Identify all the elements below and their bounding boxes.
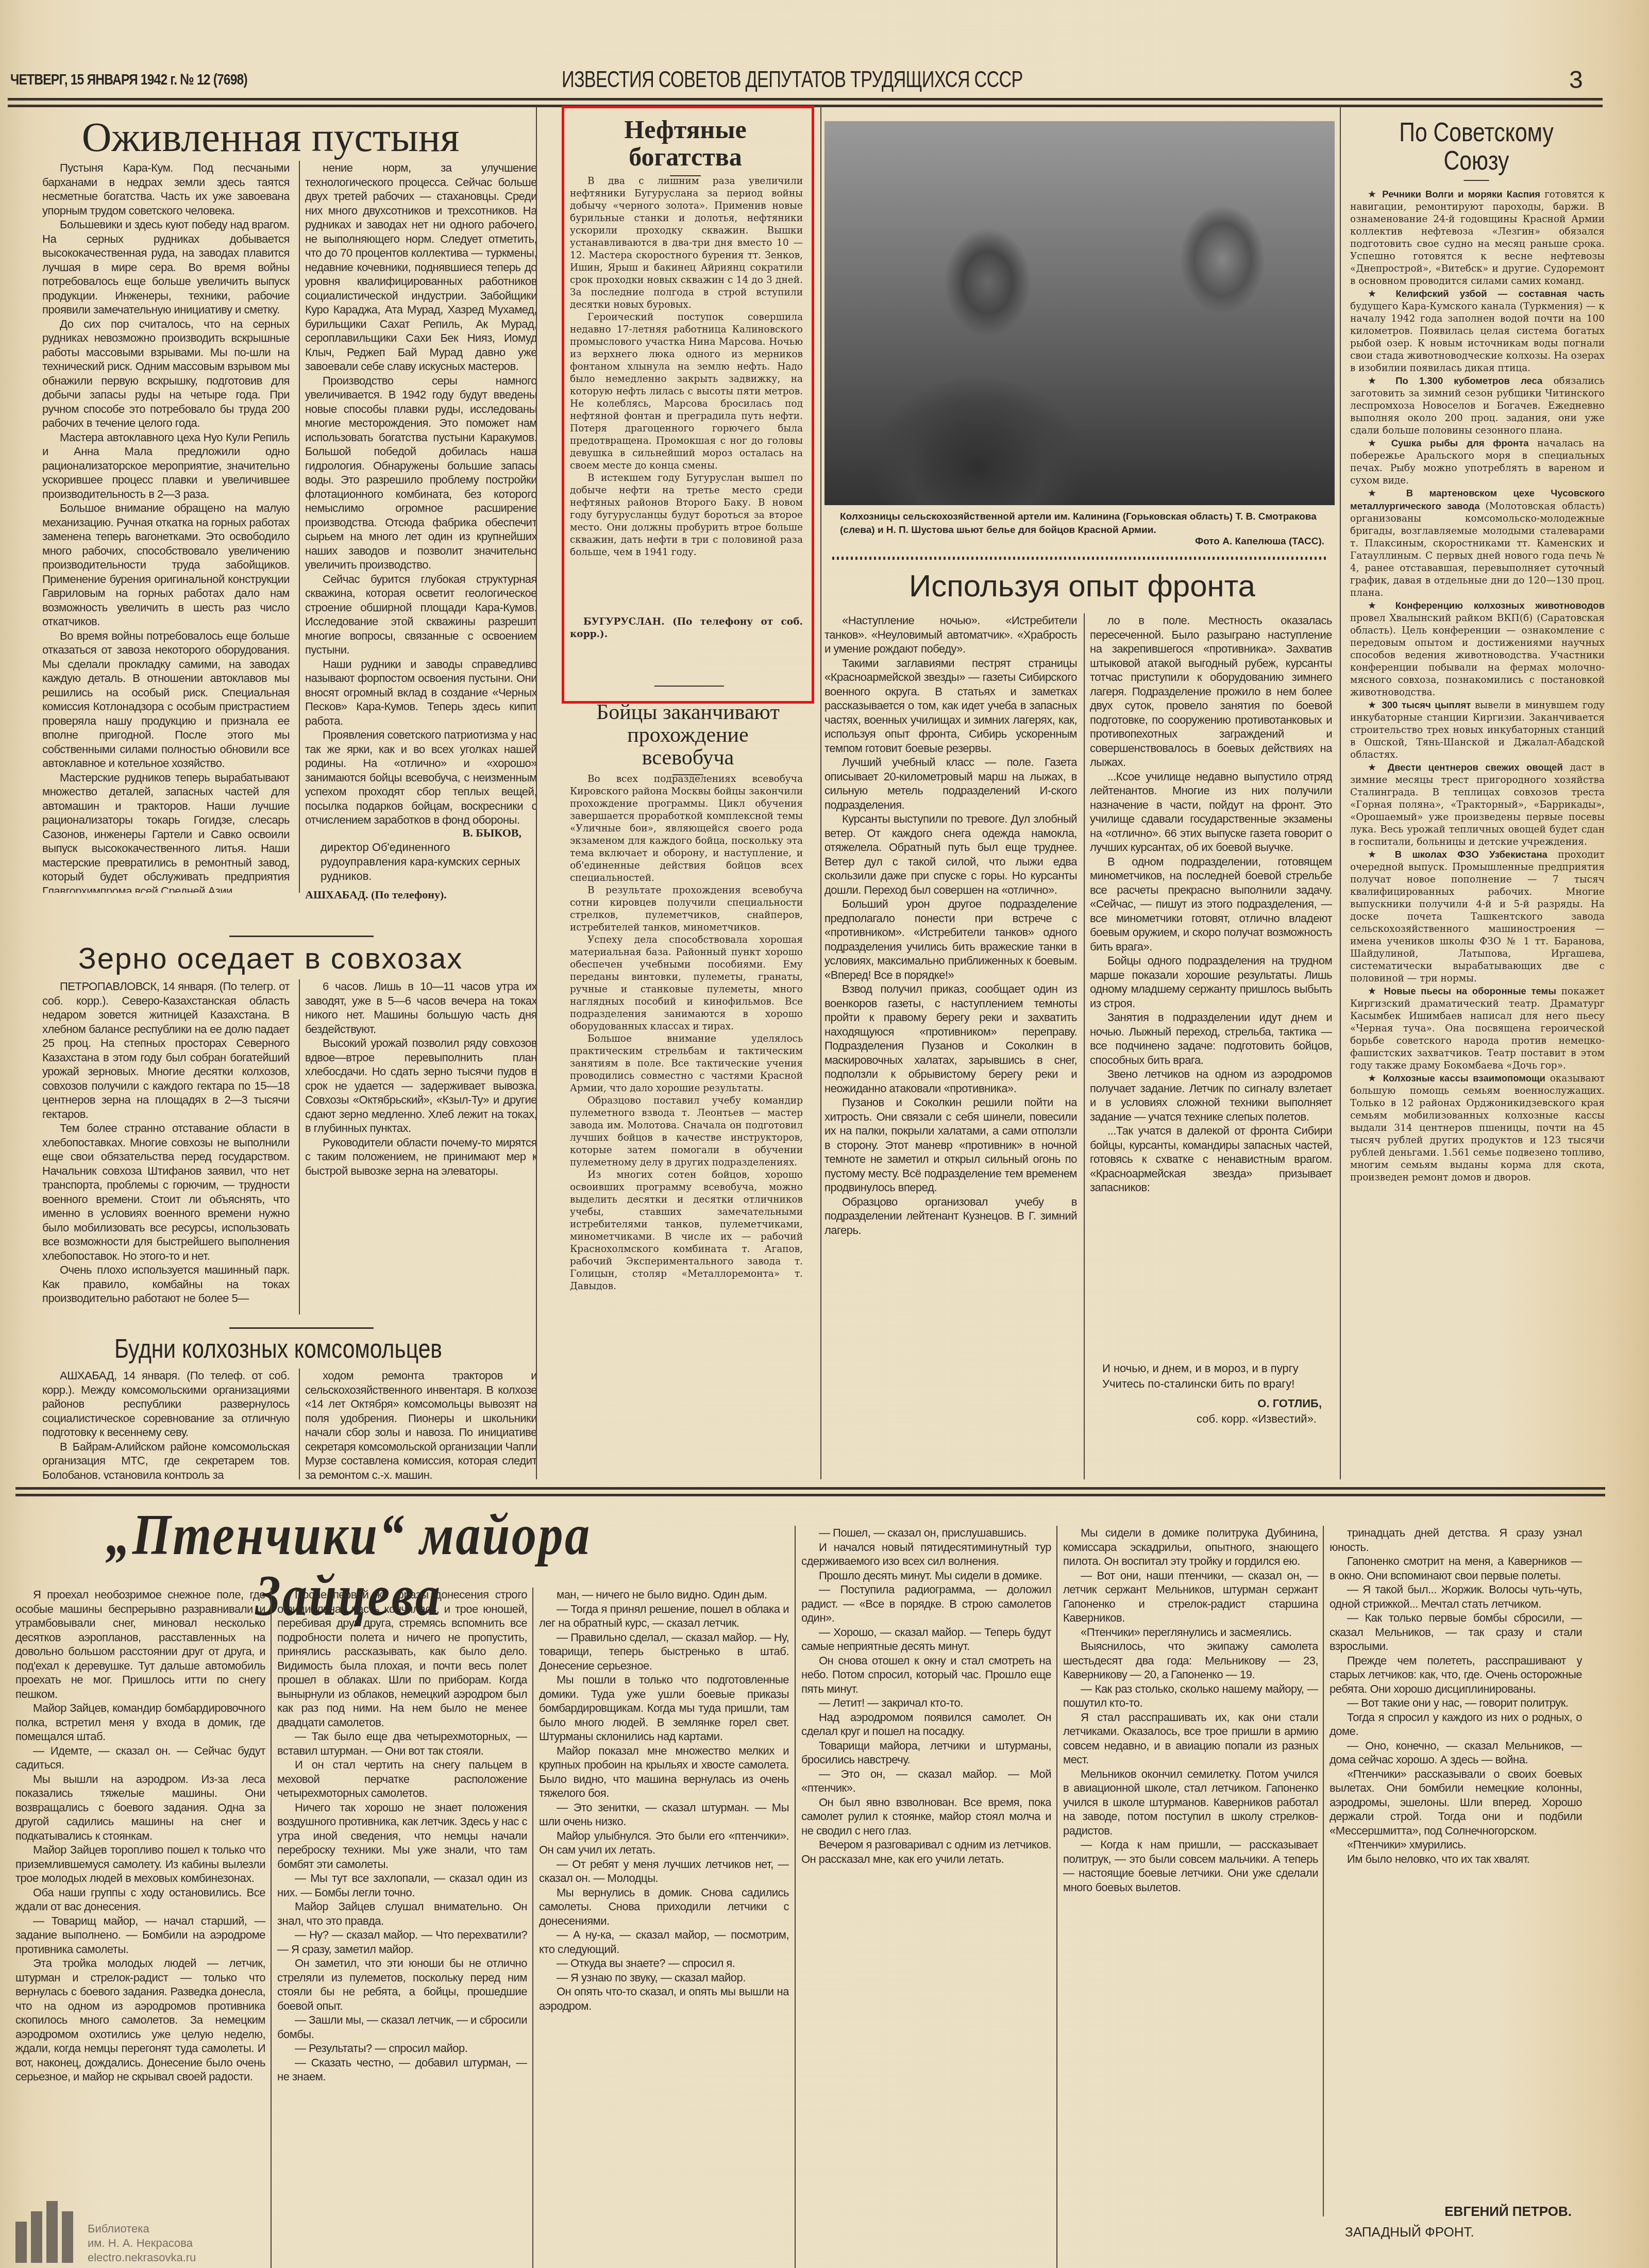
star-icon: ★ xyxy=(1368,488,1406,499)
paragraph: — Откуда вы знаете? — спросил я. xyxy=(539,1956,789,1971)
news-item-lead: Келифский узбой — составная часть xyxy=(1395,288,1605,299)
paragraph: Успеху дела способствовала хорошая матер… xyxy=(570,934,803,1033)
news-item: ★ Келифский узбой — составная часть буду… xyxy=(1350,288,1605,375)
title-rule xyxy=(1463,180,1489,181)
news-item-text: проходит очередной выпуск. Промышленные … xyxy=(1350,849,1605,984)
headline-vsevobuch-line3: всевобуча xyxy=(642,746,734,770)
paragraph: Героический поступок совершила недавно 1… xyxy=(570,311,803,472)
paragraph: — Так было еще два четырехмоторных, — вс… xyxy=(277,1729,527,1758)
article-front-col2: ло в поле. Местность оказалась пересечен… xyxy=(1090,613,1332,1358)
paragraph: — Вот такие они у нас, — говорит политру… xyxy=(1330,1696,1582,1710)
news-item-lead: В школах ФЗО Узбекистана xyxy=(1395,849,1558,860)
paragraph: Взвод получил приказ, сообщает один из в… xyxy=(824,982,1077,1095)
author-role: соб. корр. «Известий». xyxy=(1090,1411,1332,1427)
headline-soviet-union: По Советскому Союзу xyxy=(1369,119,1584,181)
paragraph: Такими заглавиями пестрят страницы «Крас… xyxy=(824,656,1077,756)
article-chicks-col4: — Пошел, — сказал он, прислушавшись.И на… xyxy=(801,1526,1051,2268)
paragraph: — Сказать честно, — добавил штурман, — н… xyxy=(277,2056,527,2084)
paragraph: Вечером я разговаривал с одним из летчик… xyxy=(801,1838,1051,1866)
paper-title: ИЗВЕСТИЯ СОВЕТОВ ДЕПУТАТОВ ТРУДЯЩИХСЯ СС… xyxy=(562,67,1023,93)
paragraph: Он опять что-то сказал, и опять мы вышли… xyxy=(539,1985,789,2013)
logo-bar-icon xyxy=(31,2211,42,2263)
news-item-lead: Речники Волги и моряки Каспия xyxy=(1382,189,1544,199)
star-icon: ★ xyxy=(1368,601,1395,611)
star-icon: ★ xyxy=(1368,762,1388,773)
news-item-lead: Колхозные кассы взаимопомощи xyxy=(1383,1073,1550,1083)
paragraph: «Птенчики» рассказывали о своих боевых в… xyxy=(1330,1767,1582,1838)
article-chicks-col2: После первой же фразы донесения строго о… xyxy=(277,1588,527,2268)
column-divider xyxy=(795,1526,796,2268)
news-item-text: оказывают большую помощь семьям военносл… xyxy=(1350,1073,1605,1183)
logo-bar-icon xyxy=(62,2211,73,2263)
desert-signature-block: В. БЫКОВ, директор Об'единенного рудоупр… xyxy=(305,826,532,902)
headline-vsevobuch: Бойцы заканчивают прохождение всевобуча xyxy=(562,701,814,775)
paragraph: нение норм, за улучшение технологическог… xyxy=(305,161,537,374)
news-item-text: провел Хвалынский райком ВКП(б) (Саратов… xyxy=(1350,613,1605,698)
paragraph: Мы вернулись в домик. Снова садились сам… xyxy=(539,1886,789,1928)
watermark-line1: Библиотека xyxy=(88,2222,196,2236)
author-signature: ЕВГЕНИЙ ПЕТРОВ. xyxy=(1330,2201,1582,2222)
paragraph: Он снова отошел к окну и стал смотреть н… xyxy=(801,1654,1051,1696)
paragraph: Он был явно взволнован. Все время, пока … xyxy=(801,1795,1051,1838)
separator xyxy=(229,1327,374,1329)
news-item: ★ Речники Волги и моряки Каспия готовятс… xyxy=(1350,188,1605,288)
article-chicks-col1: Я проехал необозримое снежное поле, где … xyxy=(15,1588,265,2175)
paragraph: — А ну-ка, — сказал майор, — посмотрим, … xyxy=(539,1928,789,1956)
paragraph: Во время войны потребовалось еще больше … xyxy=(42,629,290,771)
paragraph: — Как только первые бомбы сбросили, — ск… xyxy=(1330,1611,1582,1654)
dateline: АШХАБАД. (По телефону). xyxy=(305,888,532,902)
news-item: ★ В школах ФЗО Узбекистана проходит очер… xyxy=(1350,848,1605,985)
paragraph: «Птенчики» переглянулись и засмеялись. xyxy=(1063,1625,1318,1640)
paragraph: Над аэродромом появился самолет. Он сдел… xyxy=(801,1710,1051,1739)
news-item: ★ Новые пьесы на оборонные темы покажет … xyxy=(1350,985,1605,1072)
paragraph: — Хорошо, — сказал майор. — Теперь будут… xyxy=(801,1625,1051,1654)
paragraph: — Я такой был... Жоржик. Волосы чуть-чут… xyxy=(1330,1582,1582,1611)
paragraph: Больший урон другое подразделение предпо… xyxy=(824,897,1077,982)
paragraph: До сих пор считалось, что на серных рудн… xyxy=(42,317,290,430)
column-divider xyxy=(1056,1526,1057,2268)
paragraph: — Как раз столько, сколько нашему майору… xyxy=(1063,1682,1318,1710)
paragraph: И он стал чертить на снегу пальцем в мех… xyxy=(277,1758,527,1800)
chicks-signature-block: ЕВГЕНИЙ ПЕТРОВ. ЗАПАДНЫЙ ФРОНТ. xyxy=(1330,2201,1582,2242)
watermark-line2: им. Н. А. Некрасова xyxy=(88,2236,196,2250)
paragraph: — Товарищ майор, — начал старший, — зада… xyxy=(15,1914,265,1957)
paragraph: Руководители области почему-то мирятся с… xyxy=(305,1136,537,1178)
paragraph: ПЕТРОПАВЛОВСК, 14 января. (По телегр. от… xyxy=(42,979,290,1121)
paragraph: Я стал расспрашивать их, как они стали л… xyxy=(1063,1710,1318,1767)
paragraph: В результате прохождения всевобуча сотни… xyxy=(570,885,803,934)
paragraph: Образцово организовал учебу в подразделе… xyxy=(824,1195,1077,1238)
paragraph: 6 часов. Лишь в 10—11 часов утра их заво… xyxy=(305,979,537,1036)
paragraph: В два с лишним раза увеличили нефтяники … xyxy=(570,175,803,311)
paragraph: Проявления советского патриотизма у нас … xyxy=(305,728,537,826)
paragraph: Большевики и здесь куют победу над враго… xyxy=(42,218,290,317)
paragraph: Ничего так хорошо не знает положения воз… xyxy=(277,1800,527,1872)
news-item: ★ В мартеновском цехе Чусовского металлу… xyxy=(1350,487,1605,599)
article-komsomol-col1: АШХАБАД, 14 января. (По телеф. от соб. к… xyxy=(42,1369,290,1479)
paragraph: Очень плохо используется машинный парк. … xyxy=(42,1263,290,1306)
paragraph: тринадцать дней детства. Я сразу узнал ю… xyxy=(1330,1526,1582,1554)
paragraph: — Мы тут все захлопали, — сказал один из… xyxy=(277,1871,527,1899)
headline-su-line2: Союзу xyxy=(1444,146,1509,176)
column-divider xyxy=(299,979,300,1314)
paragraph: Майор показал мне множество мелких и кру… xyxy=(539,1744,789,1800)
paragraph: — Результаты? — спросил майор. xyxy=(277,2041,527,2056)
front-closing: И ночью, и днем, и в мороз, и в пургу Уч… xyxy=(1090,1361,1332,1427)
paragraph: Звено летчиков на одном из аэродромов по… xyxy=(1090,1067,1332,1124)
headline-desert: Оживленная пустыня xyxy=(21,116,520,159)
watermark-link[interactable]: electro.nekrasovka.ru xyxy=(88,2250,196,2265)
paragraph: — Тогда я принял решение, пошел в облака… xyxy=(539,1602,789,1630)
paragraph: — Зашли мы, — сказал летчик, — и сбросил… xyxy=(277,2013,527,2041)
article-soviet-union-body: ★ Речники Волги и моряки Каспия готовятс… xyxy=(1350,188,1605,1477)
news-item: ★ По 1.300 кубометров леса обязались заг… xyxy=(1350,375,1605,437)
paragraph: В истекшем году Бугуруслан вышел по добы… xyxy=(570,472,803,559)
paragraph: Мастерские рудников теперь вырабатывают … xyxy=(42,771,290,893)
headline-oil: Нефтяные богатства xyxy=(567,116,804,176)
paragraph: Образцово поставил учебу командир пулеме… xyxy=(570,1095,803,1169)
separator xyxy=(654,686,724,687)
paragraph: Выяснилось, что экипажу самолета шестьде… xyxy=(1063,1639,1318,1682)
article-desert-col2: нение норм, за улучшение технологическог… xyxy=(305,161,537,826)
paragraph: «Наступление ночью». «Истребители танков… xyxy=(824,613,1077,656)
article-komsomol-col2: ходом ремонта тракторов и сельскохозяйст… xyxy=(305,1369,537,1479)
headline-vsevobuch-line1: Бойцы заканчивают xyxy=(596,701,780,724)
headline-oil-line2: богатства xyxy=(629,142,742,171)
headline-vsevobuch-line2: прохождение xyxy=(627,723,748,747)
news-item-lead: По 1.300 кубометров леса xyxy=(1395,375,1553,386)
section-rule xyxy=(15,1487,1605,1496)
paragraph: АШХАБАД, 14 января. (По телеф. от соб. к… xyxy=(42,1369,290,1440)
author-signature: О. ГОТЛИБ, xyxy=(1090,1396,1332,1411)
news-item: ★ Сушка рыбы для фронта началась на побе… xyxy=(1350,437,1605,487)
article-chicks-col3: ман, — ничего не было видно. Один дым.— … xyxy=(539,1588,789,2268)
paragraph: Большое внимание уделялось практическим … xyxy=(570,1033,803,1095)
paragraph: Производство серы намного увеличивается.… xyxy=(305,374,537,572)
paragraph: Бойцы одного подразделения на трудном ма… xyxy=(1090,954,1332,1010)
headline-komsomol: Будни колхозных комсомольцев xyxy=(67,1335,490,1363)
paragraph: — Это он, — сказал майор. — Мой «птенчик… xyxy=(801,1767,1051,1795)
article-front-col1: «Наступление ночью». «Истребители танков… xyxy=(824,613,1077,1479)
news-item-lead: Сушка рыбы для фронта xyxy=(1391,438,1538,448)
column-divider xyxy=(820,106,821,1479)
news-item: ★ Двести центнеров свежих овощей даст в … xyxy=(1350,761,1605,848)
logo-bar-icon xyxy=(15,2222,27,2263)
star-icon: ★ xyxy=(1368,376,1395,387)
paragraph: — Ну? — сказал майор. — Что перехватили?… xyxy=(277,1928,527,1956)
page-number: 3 xyxy=(1569,66,1583,94)
paragraph: — Оно, конечно, — сказал Мельников, — до… xyxy=(1330,1739,1582,1767)
star-icon: ★ xyxy=(1368,849,1395,860)
oil-dateline: БУГУРУСЛАН. (По телефону от соб. корр.). xyxy=(570,616,803,641)
news-item-text: покажет Киргизский драматический театр. … xyxy=(1350,986,1605,1071)
news-item-text: (Молотовская область) организованы комсо… xyxy=(1350,501,1605,598)
news-item-lead: Двести центнеров свежих овощей xyxy=(1388,762,1570,773)
column-divider xyxy=(1323,1526,1324,2216)
news-item-lead: Конференцию колхозных животноводов xyxy=(1395,600,1605,611)
paragraph: Сейчас бурится глубокая структурная сква… xyxy=(305,572,537,657)
photo-caption: Колхозницы сельскохозяйственной артели и… xyxy=(840,510,1324,537)
news-item-text: будущего Кара-Кумского канала (Туркмения… xyxy=(1350,301,1605,374)
paragraph: Гапоненко смотрит на меня, а Каверников … xyxy=(1330,1554,1582,1582)
paragraph: Он заметил, что эти юноши бы не отлично … xyxy=(277,1956,527,2013)
star-icon: ★ xyxy=(1368,1073,1383,1084)
article-chicks-col5: Мы сидели в домике политрука Дубинина, к… xyxy=(1063,1526,1318,2268)
paragraph: ...Ксое училище недавно выпустило отряд … xyxy=(1090,770,1332,855)
headline-su-line1: По Советскому xyxy=(1399,118,1554,147)
paragraph: Майор Зайцев торопливо пошел к только чт… xyxy=(15,1843,265,1886)
column-divider xyxy=(299,161,300,893)
column-divider xyxy=(299,1369,300,1479)
paragraph: Наши рудники и заводы справедливо называ… xyxy=(305,657,537,728)
paragraph: Мастера автоклавного цеха Нуо Кули Репил… xyxy=(42,430,290,502)
paragraph: Прежде чем полететь, расспрашивают у ста… xyxy=(1330,1654,1582,1696)
author-role: директор Об'единенного рудоуправления ка… xyxy=(305,840,532,883)
article-grain-col1: ПЕТРОПАВЛОВСК, 14 января. (По телегр. от… xyxy=(42,979,290,1314)
paragraph: Из многих сотен бойцов, хорошо освоивших… xyxy=(570,1169,803,1293)
separator xyxy=(229,936,374,937)
newspaper-page: ЧЕТВЕРГ, 15 ЯНВАРЯ 1942 г. № 12 (7698) И… xyxy=(0,0,1649,2268)
paragraph: Им было неловко, что их так хвалят. xyxy=(1330,1852,1582,1866)
photo-seamstresses xyxy=(824,121,1335,505)
paragraph: И начался новый пятидесятиминутный тур с… xyxy=(801,1540,1051,1569)
dateline: ЗАПАДНЫЙ ФРОНТ. xyxy=(1330,2222,1582,2242)
star-icon: ★ xyxy=(1368,986,1384,997)
paragraph: — От ребят у меня лучших летчиков нет, —… xyxy=(539,1857,789,1886)
author-signature: В. БЫКОВ, xyxy=(305,826,532,840)
photo-credit: Фото А. Капелюша (ТАСС). xyxy=(840,535,1324,548)
column-divider xyxy=(532,1588,533,2268)
article-chicks-col6: тринадцать дней детства. Я сразу узнал ю… xyxy=(1330,1526,1582,2162)
article-oil-body: В два с лишним раза увеличили нефтяники … xyxy=(570,175,803,670)
paragraph: — Я узнаю по звуку, — сказал майор. xyxy=(539,1971,789,1985)
paragraph: — Пошел, — сказал он, прислушавшись. xyxy=(801,1526,1051,1540)
paragraph: Мы вышли на аэродром. Из-за леса показал… xyxy=(15,1772,265,1843)
paragraph: Мы пошли в только что подготовленные дом… xyxy=(539,1673,789,1744)
paragraph: — Это зенитки, — сказал штурман. — Мы шл… xyxy=(539,1800,789,1829)
paragraph: Тогда я спросил у каждого из них о родны… xyxy=(1330,1710,1582,1739)
paragraph: В одном подразделении, готовящем миномет… xyxy=(1090,855,1332,954)
paragraph: Мельников окончил семилетку. Потом училс… xyxy=(1063,1767,1318,1838)
paragraph: — Вот они, наши птенчики, — сказал он, —… xyxy=(1063,1569,1318,1625)
paragraph: В Байрам-Алийском районе комсомольская о… xyxy=(42,1440,290,1480)
article-grain-col2: 6 часов. Лишь в 10—11 часов утра их заво… xyxy=(305,979,537,1314)
logo-bar-icon xyxy=(46,2201,58,2263)
headline-oil-line1: Нефтяные xyxy=(624,115,746,144)
verse-line-1: И ночью, и днем, и в мороз, и в пургу xyxy=(1090,1361,1332,1376)
paragraph: «Птенчики» хмурились. xyxy=(1330,1838,1582,1852)
paragraph: Тем более странно отставание области в х… xyxy=(42,1121,290,1263)
watermark-text: Библиотека им. Н. А. Некрасова electro.n… xyxy=(88,2222,196,2265)
column-divider xyxy=(536,106,537,1479)
paragraph: — Правильно сделал, — сказал майор. — Ну… xyxy=(539,1630,789,1673)
verse-line-2: Учитесь по-сталински бить по врагу! xyxy=(1090,1376,1332,1392)
paragraph: Занятия в подразделении идут днем и ночь… xyxy=(1090,1010,1332,1067)
paragraph: Пузанов и Соколкин решили пойти на хитро… xyxy=(824,1095,1077,1195)
paragraph: — Поступила радиограмма, — доложил радис… xyxy=(801,1582,1051,1625)
column-divider xyxy=(1340,106,1341,1479)
paragraph: Майор Зайцев, командир бомбардировочного… xyxy=(15,1701,265,1744)
paragraph: — Идемте, — сказал он. — Сейчас будут са… xyxy=(15,1744,265,1772)
news-item: ★ Колхозные кассы взаимопомощи оказывают… xyxy=(1350,1072,1605,1184)
headline-grain: Зерно оседает в совхозах xyxy=(21,943,520,975)
news-item: ★ Конференцию колхозных животноводов про… xyxy=(1350,599,1605,699)
news-item-text: даст в зимние месяцы трест пригородного … xyxy=(1350,762,1605,847)
paragraph: Товарищи майора, летчики и штурманы, бро… xyxy=(801,1739,1051,1767)
paragraph: Мы сидели в домике политрука Дубинина, к… xyxy=(1063,1526,1318,1569)
paragraph: Лучший учебный класс — поле. Газета опис… xyxy=(824,755,1077,812)
paragraph: — Когда к нам пришли, — рассказывает пол… xyxy=(1063,1838,1318,1894)
news-item: ★ 300 тысяч цыплят вывели в минувшем год… xyxy=(1350,699,1605,761)
star-icon: ★ xyxy=(1368,438,1391,449)
wavy-separator xyxy=(832,557,1327,560)
paragraph: После первой же фразы донесения строго о… xyxy=(277,1588,527,1729)
paragraph: Я проехал необозримое снежное поле, где … xyxy=(15,1588,265,1701)
article-desert-col1: Пустыня Кара-Кум. Под песчаными барханам… xyxy=(42,161,290,893)
paragraph: Высокий урожай позволил ряду совхозов вд… xyxy=(305,1036,537,1136)
paragraph: ло в поле. Местность оказалась пересечен… xyxy=(1090,613,1332,770)
library-watermark: Библиотека им. Н. А. Некрасова electro.n… xyxy=(15,2211,201,2263)
star-icon: ★ xyxy=(1368,189,1382,200)
news-item-text: готовятся к навигации, ремонтируют парох… xyxy=(1350,189,1605,287)
paragraph: — Летит! — закричал кто-то. xyxy=(801,1696,1051,1710)
star-icon: ★ xyxy=(1368,700,1382,711)
issue-date: ЧЕТВЕРГ, 15 ЯНВАРЯ 1942 г. № 12 (7698) xyxy=(10,71,247,89)
paragraph: Курсанты выступили по тревоге. Дул злобн… xyxy=(824,812,1077,897)
news-item-lead: Новые пьесы на оборонные темы xyxy=(1384,986,1561,996)
star-icon: ★ xyxy=(1368,289,1395,299)
paragraph: Майор улыбнулся. Это были его «птенчики»… xyxy=(539,1829,789,1857)
paragraph: Во всех подразделениях всевобуча Кировск… xyxy=(570,773,803,885)
article-vsevobuch-body: Во всех подразделениях всевобуча Кировск… xyxy=(570,773,803,1474)
paragraph: ...Так учатся в далекой от фронта Сибири… xyxy=(1090,1124,1332,1195)
paragraph: Майор Зайцев слушал внимательно. Он знал… xyxy=(277,1899,527,1928)
paragraph: Большое внимание обращено на малую механ… xyxy=(42,501,290,629)
news-item-lead: 300 тысяч цыплят xyxy=(1382,699,1474,710)
headline-front-experience: Используя опыт фронта xyxy=(824,570,1340,602)
paragraph: Оба наши группы с ходу остановились. Все… xyxy=(15,1886,265,1914)
column-divider xyxy=(1084,613,1085,1479)
paragraph: ман, — ничего не было видно. Один дым. xyxy=(539,1588,789,1602)
paragraph: Прошло десять минут. Мы сидели в домике. xyxy=(801,1569,1051,1583)
paragraph: Пустыня Кара-Кум. Под песчаными барханам… xyxy=(42,161,290,218)
column-divider xyxy=(271,1588,272,2268)
paragraph: ходом ремонта тракторов и сельскохозяйст… xyxy=(305,1369,537,1479)
paragraph: Эта тройка молодых людей — летчик, штурм… xyxy=(15,1956,265,2084)
